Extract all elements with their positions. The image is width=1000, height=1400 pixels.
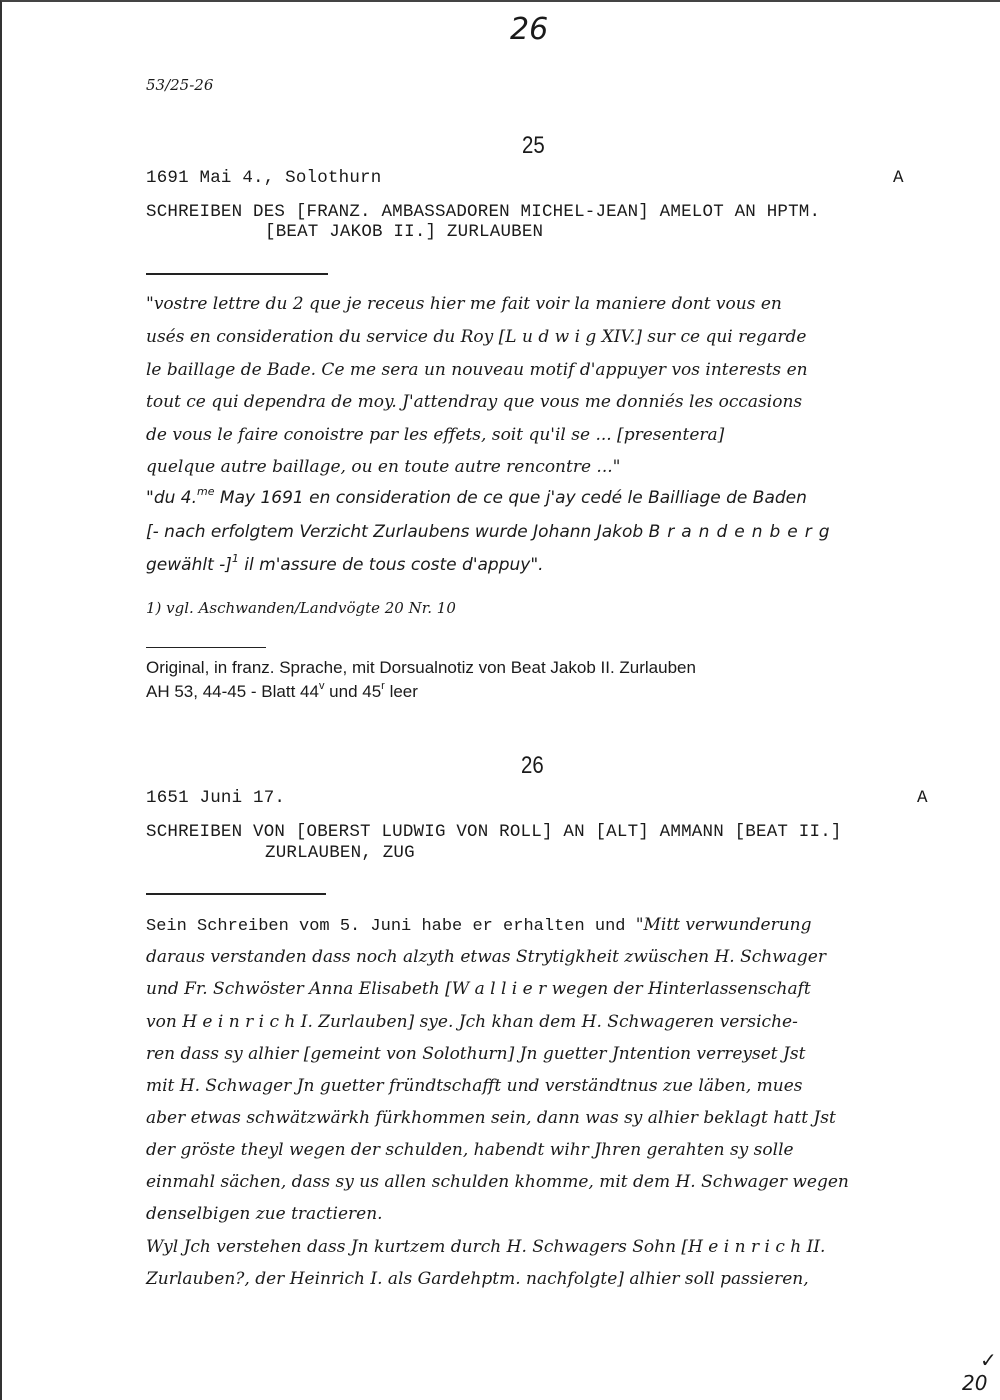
body-first-line: Sein Schreiben vom 5. Juni habe er erhal…: [146, 915, 812, 936]
entry-title-line-1: SCHREIBEN VON [OBERST LUDWIG VON ROLL] A…: [146, 822, 842, 842]
entry-classification: A: [893, 168, 904, 188]
dorsal-note-text: il m'assure de tous coste d'appuy".: [239, 555, 544, 575]
dorsal-note-text: "du 4.: [146, 488, 197, 508]
spaced-name: Brandenberg: [649, 522, 837, 542]
quote-line: de vous le faire conoistre par les effet…: [146, 425, 724, 445]
quote-line: einmahl sächen, dass sy us allen schulde…: [146, 1172, 849, 1192]
folio-number: 20: [962, 1371, 987, 1395]
source-divider: [146, 647, 266, 648]
checkmark-icon: ✓: [980, 1348, 997, 1372]
footnote-marker: 1: [232, 552, 239, 565]
quote-line: "vostre lettre du 2 que je receus hier m…: [146, 294, 782, 314]
dorsal-note-text: [- nach erfolgtem Verzicht Zurlaubens wu…: [146, 522, 649, 542]
section-divider: [146, 893, 326, 895]
quote-line: usés en consideration du service du Roy …: [146, 327, 806, 347]
handwritten-page-number: 26: [510, 12, 548, 47]
quote-line: tout ce qui dependra de moy. J'attendray…: [146, 392, 802, 412]
source-text: und 45: [324, 682, 381, 701]
source-line-1: Original, in franz. Sprache, mit Dorsual…: [146, 658, 696, 678]
entry-title-line-1: SCHREIBEN DES [FRANZ. AMBASSADOREN MICHE…: [146, 202, 820, 222]
entry-number: 26: [521, 752, 544, 780]
quote-line: von H e i n r i c h I. Zurlauben] sye. J…: [146, 1012, 798, 1032]
quote-text: "Mitt verwunderung: [636, 915, 812, 935]
dorsal-note-line-3: gewählt -]1 il m'assure de tous coste d'…: [146, 555, 544, 575]
quote-line: quelque autre baillage, ou en toute autr…: [146, 457, 620, 477]
entry-number: 25: [522, 132, 545, 160]
document-page: 26 53/25-26 25 1691 Mai 4., Solothurn A …: [0, 0, 1000, 1400]
quote-line: denselbigen zue tractieren.: [146, 1204, 383, 1224]
quote-line: und Fr. Schwöster Anna Elisabeth [W a l …: [146, 979, 811, 999]
quote-line: Zurlauben?, der Heinrich I. als Gardehpt…: [146, 1269, 809, 1289]
dorsal-note-line-2: [- nach erfolgtem Verzicht Zurlaubens wu…: [146, 522, 837, 542]
dorsal-note-line-1: "du 4.me May 1691 en consideration de ce…: [146, 488, 807, 508]
entry-classification: A: [917, 788, 928, 808]
quote-line: der gröste theyl wegen der schulden, hab…: [146, 1140, 794, 1160]
quote-line: mit H. Schwager Jn guetter fründtschafft…: [146, 1076, 803, 1096]
entry-date-place: 1691 Mai 4., Solothurn: [146, 168, 381, 188]
entry-title-line-2: [BEAT JAKOB II.] ZURLAUBEN: [265, 222, 543, 242]
quote-line: daraus verstanden dass noch alzyth etwas…: [146, 947, 826, 967]
quote-line: le baillage de Bade. Ce me sera un nouve…: [146, 360, 808, 380]
section-divider: [146, 273, 328, 275]
dorsal-note-text: May 1691 en consideration de ce que j'ay…: [215, 488, 807, 508]
superscript: me: [197, 485, 214, 498]
source-text: leer: [385, 682, 418, 701]
footnote: 1) vgl. Aschwanden/Landvögte 20 Nr. 10: [146, 599, 456, 617]
quote-line: Wyl Jch verstehen dass Jn kurtzem durch …: [146, 1237, 825, 1257]
entry-title-line-2: ZURLAUBEN, ZUG: [265, 843, 415, 863]
summary-text: Sein Schreiben vom 5. Juni habe er erhal…: [146, 917, 636, 936]
quote-line: ren dass sy alhier [gemeint von Solothur…: [146, 1044, 805, 1064]
entry-date-place: 1651 Juni 17.: [146, 788, 285, 808]
dorsal-note-text: gewählt -]: [146, 555, 232, 575]
quote-line: aber etwas schwätzwärkh fürkhommen sein,…: [146, 1108, 836, 1128]
source-line-2: AH 53, 44-45 - Blatt 44v und 45r leer: [146, 682, 418, 702]
archive-reference: 53/25-26: [146, 76, 213, 94]
source-text: AH 53, 44-45 - Blatt 44: [146, 682, 319, 701]
